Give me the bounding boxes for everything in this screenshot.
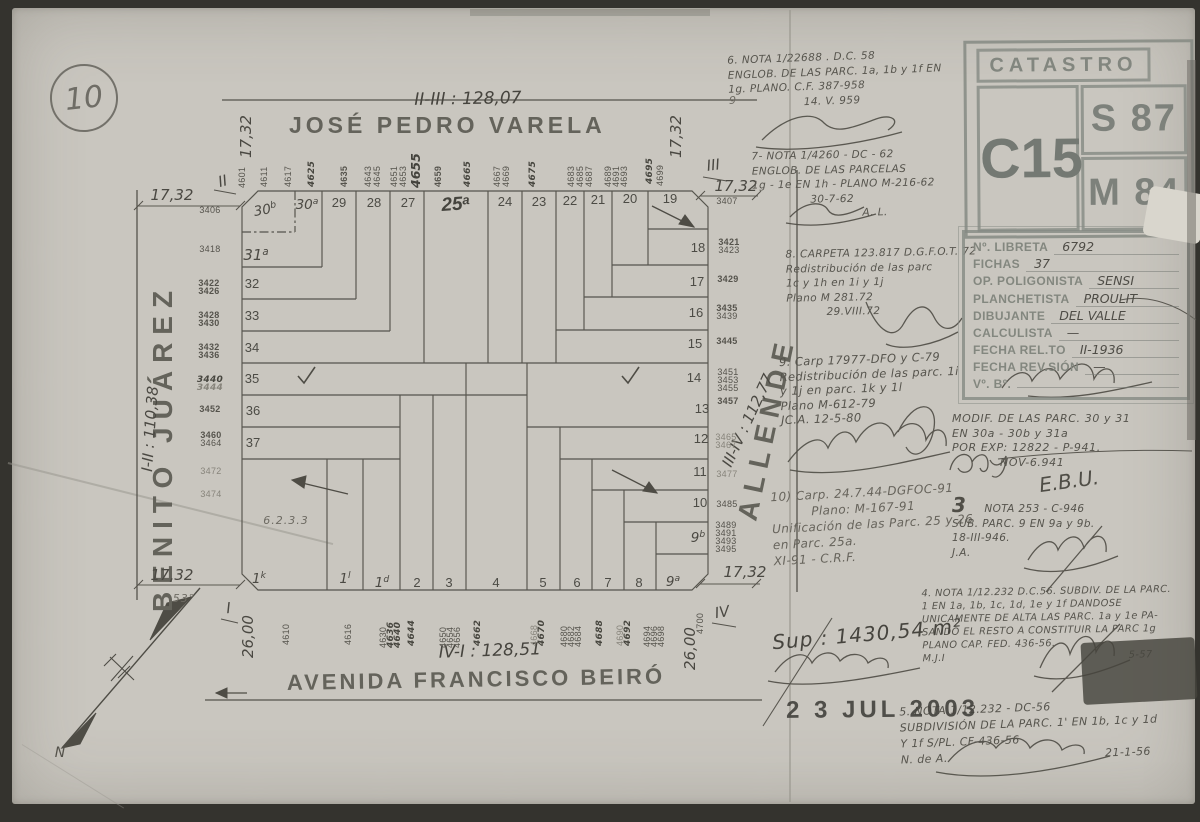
house-number: 4656 <box>452 627 462 648</box>
house-number: 3445 <box>716 336 737 346</box>
parcel-label: 9b <box>691 529 706 546</box>
house-number: 3444 <box>197 383 223 393</box>
row-value: 6792 <box>1054 239 1179 255</box>
parcel-label: 34 <box>245 340 259 355</box>
house-number: 4617 <box>283 166 293 187</box>
house-number: 4687 <box>584 166 594 187</box>
parcel-label: 19 <box>663 191 677 206</box>
corner-marker: II <box>216 171 230 191</box>
parcel-label: 29 <box>332 195 346 210</box>
catastro-seccion: S 87 <box>1081 84 1187 155</box>
house-number: 4698 <box>656 626 666 647</box>
parcel-label: 1k <box>252 570 267 587</box>
row-value <box>1017 387 1179 388</box>
area-annotation: 6.2.3.3 <box>263 514 308 527</box>
measure-label: 17,32 <box>237 115 255 158</box>
libreta-row: Vº. Bº. <box>973 377 1179 394</box>
note-line: N. de A. <box>901 751 948 769</box>
house-number: 3418 <box>199 244 220 254</box>
parcel-label: 5 <box>539 575 546 590</box>
house-number: 4601 <box>237 167 247 188</box>
row-value: PROULIT <box>1076 291 1179 307</box>
edge-shadow <box>1187 60 1196 440</box>
row-label: PLANCHETISTA <box>973 292 1070 306</box>
row-label: DIBUJANTE <box>973 309 1045 323</box>
parcel-label: 22 <box>563 193 577 208</box>
note-line: MODIF. DE LAS PARC. 30 y 31 <box>952 412 1130 427</box>
row-label: OP. POLIGONISTA <box>973 274 1083 288</box>
parcel-label: 1l <box>339 570 351 587</box>
libreta-table: Nº. LIBRETA6792 FICHAS37 OP. POLIGONISTA… <box>962 230 1190 400</box>
parcel-label: 21 <box>591 192 605 207</box>
house-number: 3474 <box>200 489 221 499</box>
house-number: 4695 <box>645 158 655 185</box>
house-number: 3472 <box>200 466 221 476</box>
house-number: 3439 <box>716 311 737 321</box>
parcel-label: 24 <box>498 194 512 209</box>
row-label: FECHA REV.SIÓN <box>973 360 1079 374</box>
angle-annotation: 53° <box>173 592 196 605</box>
house-number: 4640 <box>393 622 403 649</box>
note-6: 6. NOTA 1/22688 . D.C. 58 ENGLOB. DE LAS… <box>727 46 943 111</box>
note-line: J.A. <box>952 546 1095 561</box>
parcel-lines <box>242 191 708 590</box>
arrow-head <box>292 476 306 488</box>
parcel-label: 37 <box>246 435 260 450</box>
parcel-label: 12 <box>694 431 708 446</box>
parcel-label: 32 <box>245 276 259 291</box>
parcel-labels: 30b30a29282725a24232221201931a3233343536… <box>243 191 709 591</box>
house-number: 4670 <box>537 620 547 647</box>
parcel-label: 27 <box>401 195 415 210</box>
note-line: 21-1-56 <box>1105 744 1151 762</box>
parcel-label: 3 <box>445 575 452 590</box>
house-number: 3455 <box>717 383 738 393</box>
parcel-label: 23 <box>532 194 546 209</box>
row-label: FICHAS <box>973 257 1020 271</box>
house-number: 3495 <box>715 544 736 554</box>
parcel-label: 2 <box>413 575 420 590</box>
parcel-label: 18 <box>691 240 705 255</box>
house-number: 3407 <box>716 196 737 206</box>
scanned-cadastral-plan: { "page_number": "10", "colors": { "pape… <box>0 0 1200 822</box>
north-arrow <box>62 588 200 748</box>
house-number: 3477 <box>716 469 737 479</box>
note-line: M.J.I <box>922 652 945 665</box>
parcel-label: 6 <box>573 575 580 590</box>
libreta-row: Nº. LIBRETA6792 <box>973 239 1179 256</box>
libreta-row: DIBUJANTEDEL VALLE <box>973 308 1179 325</box>
note-9: 9. Carp 17977-DFO y C-79 Redistribución … <box>779 349 961 428</box>
parcel-label: 33 <box>245 308 259 323</box>
parcel-label: 35 <box>245 371 259 386</box>
note-3: 3 NOTA 253 - C-946 SUB. PARC. 9 EN 9a y … <box>952 498 1095 560</box>
row-value: DEL VALLE <box>1051 308 1179 324</box>
house-number: 4662 <box>473 620 483 647</box>
house-number: 4700 <box>695 613 705 634</box>
parcel-label: 11 <box>693 464 707 479</box>
note-7: 7- NOTA 1/4260 - DC - 62 ENGLOB. DE LAS … <box>751 146 935 222</box>
corner-marker: IV <box>713 602 732 623</box>
row-value: II-1936 <box>1072 342 1179 358</box>
measurements: II-III : 128,07IV-I : 128,51I-II : 110,3… <box>138 88 777 670</box>
house-number: 4669 <box>501 166 511 187</box>
note-number: 3 <box>952 498 966 513</box>
house-number: 4635 <box>339 166 349 187</box>
parcel-label: 14 <box>687 370 701 385</box>
parcel-label: 10 <box>693 495 707 510</box>
house-number: 3430 <box>198 318 219 328</box>
arrow-head <box>216 688 227 698</box>
parcel-label: 30b <box>252 199 278 220</box>
date-stamp: 2 3 JUL 2003 <box>786 695 979 725</box>
parcel-label: 36 <box>246 403 260 418</box>
corner-marker: III <box>705 155 721 175</box>
house-number: 3429 <box>717 274 738 284</box>
parcel-label: 4 <box>492 575 499 590</box>
catastro-circunscripcion: C15 <box>977 85 1080 232</box>
note-8: 8. CARPETA 123.817 D.G.F.O.T. 72 Redistr… <box>785 244 977 320</box>
parcel-label: 7 <box>604 575 611 590</box>
house-number: 4675 <box>528 161 538 188</box>
house-number: 3457 <box>717 396 738 406</box>
arrow-head <box>679 215 694 227</box>
house-number: 4616 <box>343 624 353 645</box>
measure-label: 17,32 <box>151 186 194 204</box>
libreta-row: CALCULISTA— <box>973 325 1179 342</box>
row-value: — <box>1085 359 1179 375</box>
row-label: Vº. Bº. <box>973 377 1011 391</box>
note-modif: MODIF. DE LAS PARC. 30 y 31 EN 30a - 30b… <box>952 412 1130 470</box>
house-number: 3423 <box>718 245 739 255</box>
measure-label: 17,32 <box>151 566 194 584</box>
house-number: 3426 <box>198 286 219 296</box>
parcel-label: 1d <box>375 574 390 591</box>
house-numbers: 4601461146174625463546434645465146534655… <box>197 153 740 649</box>
house-number: 4684 <box>573 626 583 647</box>
signature-note6 <box>756 116 902 149</box>
house-number: 4645 <box>372 166 382 187</box>
libreta-row: PLANCHETISTAPROULIT <box>973 291 1179 308</box>
arrow-head <box>643 482 657 493</box>
row-value: — <box>1059 325 1179 341</box>
measure-label: 17,32 <box>724 563 767 581</box>
row-value: 37 <box>1026 256 1179 272</box>
page-number: 10 <box>63 79 105 118</box>
house-number: 3452 <box>199 404 220 414</box>
parcel-label: 13 <box>695 401 709 416</box>
house-number: 4665 <box>463 161 473 188</box>
libreta-row: OP. POLIGONISTASENSI <box>973 273 1179 290</box>
parcel-label: 17 <box>690 274 704 289</box>
parcel-label: 28 <box>367 195 381 210</box>
house-number: 4699 <box>655 165 665 186</box>
house-number: 4625 <box>307 161 317 188</box>
measure-top: II-III : 128,07 <box>414 88 522 110</box>
house-number: 4655 <box>408 153 423 189</box>
note-line: EN 30a - 30b y 31a <box>952 427 1130 442</box>
row-label: Nº. LIBRETA <box>973 240 1048 254</box>
house-number: 4611 <box>259 166 269 187</box>
libreta-row: FECHA REV.SIÓN— <box>973 359 1179 376</box>
check-mark <box>298 367 639 383</box>
parcel-label: 9a <box>666 573 681 590</box>
house-number: 4688 <box>595 620 605 647</box>
house-number: 3406 <box>199 205 220 215</box>
house-number: 4692 <box>623 620 633 647</box>
corner-markers: IIIIIIIV <box>216 155 733 622</box>
catastro-title: CATASTRO <box>976 47 1150 82</box>
libreta-row: FECHA REL.TOII-1936 <box>973 342 1179 359</box>
note-10: 10) Carp. 24.7.44-DGFOC-91 Plano: M-167-… <box>770 479 975 569</box>
row-value: SENSI <box>1089 273 1179 289</box>
parcel-label: 30a <box>296 196 319 213</box>
house-number: 4644 <box>407 620 417 647</box>
corner-marker: I <box>226 599 233 617</box>
house-number: 3485 <box>716 499 737 509</box>
note-line: POR EXP: 12822 - P-941. <box>952 441 1130 456</box>
note-line: A. L. <box>862 204 935 220</box>
signature-sup <box>768 653 920 684</box>
north-label: N <box>55 745 66 761</box>
measure-label: 26,00 <box>239 615 257 658</box>
street-jose-pedro-varela: JOSÉ PEDRO VARELA <box>289 111 606 138</box>
note-line: NOTA 253 - C-946 <box>984 502 1084 517</box>
note-line: 18-III-946. <box>952 531 1095 546</box>
note-line: SUB. PARC. 9 EN 9a y 9b. <box>952 517 1095 532</box>
parcel-label: 16 <box>689 305 703 320</box>
house-number: 4659 <box>433 166 443 187</box>
parcel-label: 8 <box>635 575 642 590</box>
row-label: CALCULISTA <box>973 326 1053 340</box>
measure-label: 17,32 <box>667 115 685 158</box>
parcel-label: 25a <box>440 192 471 216</box>
note-line: NOV-6.941 <box>1000 456 1130 471</box>
parcel-label: 20 <box>623 191 637 206</box>
libreta-row: FICHAS37 <box>973 256 1179 273</box>
parcel-label: 15 <box>688 336 702 351</box>
house-number: 3436 <box>198 350 219 360</box>
dark-smudge <box>1080 637 1197 705</box>
parcel-label: 31a <box>243 246 268 264</box>
note-line: 29.VIII.72 <box>826 302 977 319</box>
row-label: FECHA REL.TO <box>973 343 1066 357</box>
house-number: 3464 <box>200 438 221 448</box>
house-number: 4653 <box>398 166 408 187</box>
house-number: 4610 <box>281 624 291 645</box>
house-number: 4693 <box>619 166 629 187</box>
house-number: 3467 <box>715 440 736 450</box>
street-francisco-beiro: AVENIDA FRANCISCO BEIRÓ <box>287 663 666 695</box>
